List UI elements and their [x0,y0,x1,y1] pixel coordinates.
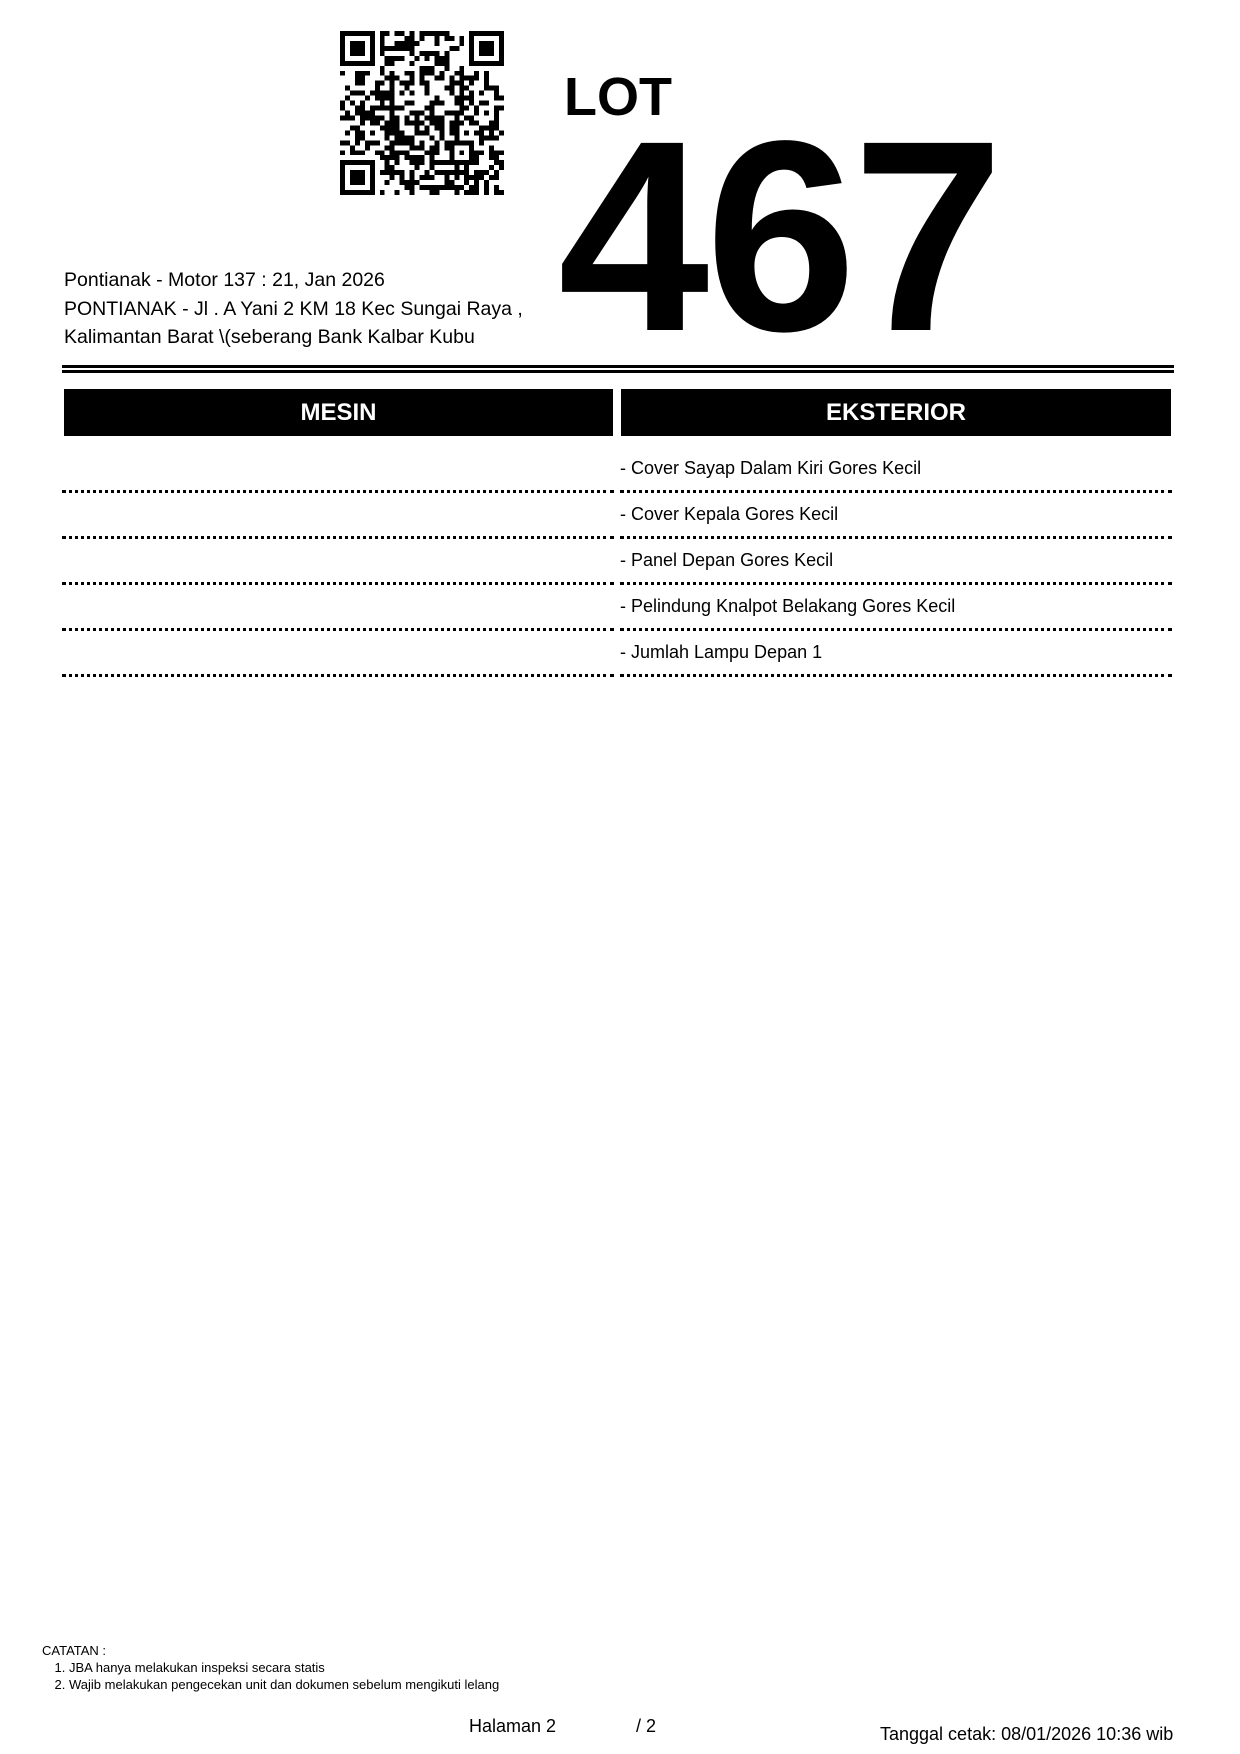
address-line-1: PONTIANAK - Jl . A Yani 2 KM 18 Kec Sung… [64,295,523,324]
list-item [62,493,614,539]
list-item: - Jumlah Lampu Depan 1 [620,631,1172,677]
list-item [62,631,614,677]
divider-rule [62,370,1174,373]
note-item: JBA hanya melakukan inspeksi secara stat… [69,1659,499,1676]
notes: CATATAN : JBA hanya melakukan inspeksi s… [42,1642,499,1693]
section-header-mesin: MESIN [64,389,613,436]
notes-title: CATATAN : [42,1642,499,1659]
list-item [62,539,614,585]
list-item [62,447,614,493]
notes-list: JBA hanya melakukan inspeksi secara stat… [42,1659,499,1693]
event-info: Pontianak - Motor 137 : 21, Jan 2026 PON… [64,266,523,352]
qr-code-icon [340,31,504,195]
page-total: / 2 [636,1715,656,1737]
mesin-list [62,447,614,677]
section-header-eksterior: EKSTERIOR [621,389,1171,436]
list-item: - Pelindung Knalpot Belakang Gores Kecil [620,585,1172,631]
list-item: - Cover Kepala Gores Kecil [620,493,1172,539]
note-item: Wajib melakukan pengecekan unit dan doku… [69,1676,499,1693]
list-item: - Cover Sayap Dalam Kiri Gores Kecil [620,447,1172,493]
list-item: - Panel Depan Gores Kecil [620,539,1172,585]
event-line: Pontianak - Motor 137 : 21, Jan 2026 [64,266,523,295]
address-line-2: Kalimantan Barat \(seberang Bank Kalbar … [64,323,523,352]
divider-rule [62,365,1174,368]
eksterior-list: - Cover Sayap Dalam Kiri Gores Kecil - C… [620,447,1172,677]
page-number: Halaman 2 [469,1715,556,1737]
list-item [62,585,614,631]
lot-number: 467 [558,100,1000,372]
print-date: Tanggal cetak: 08/01/2026 10:36 wib [880,1723,1173,1745]
